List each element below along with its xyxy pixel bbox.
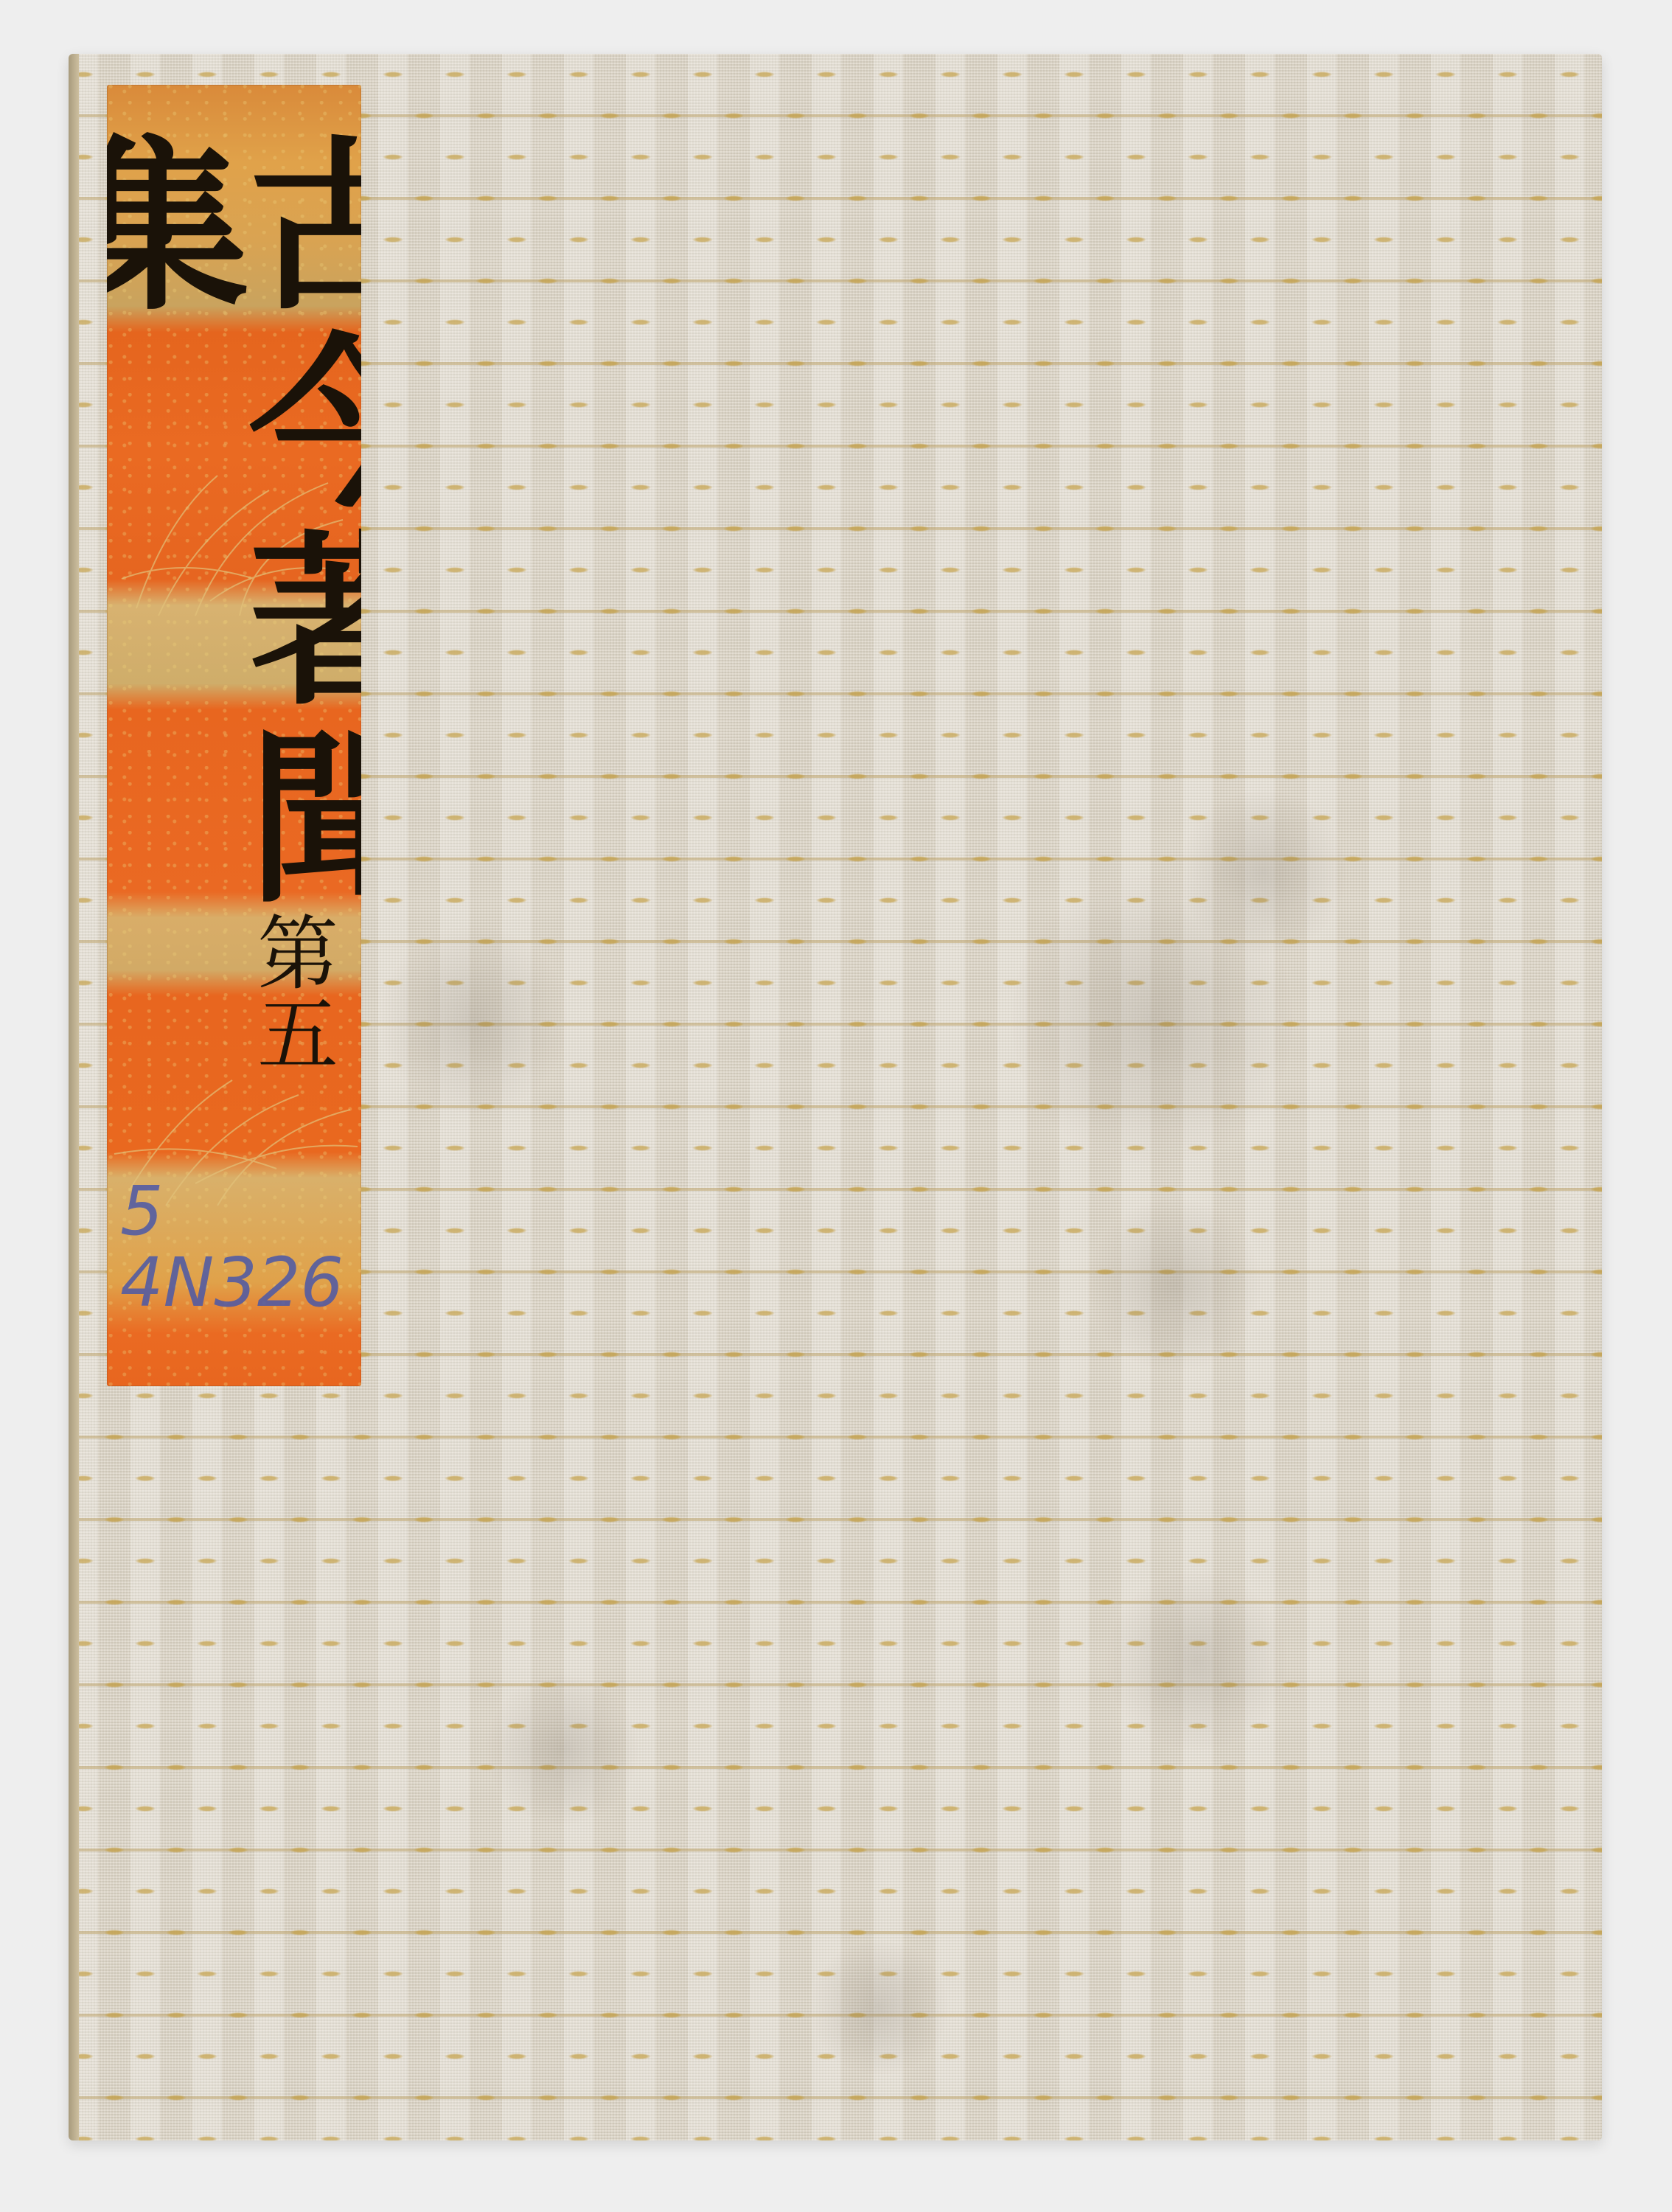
shelfmark: 5 4N326 xyxy=(120,1176,344,1318)
stain xyxy=(378,924,570,1116)
book-cover: 古今著聞集 第五 5 4N326 xyxy=(69,54,1602,2140)
stain xyxy=(1101,1573,1292,1750)
stain xyxy=(481,1676,644,1823)
title-label: 古今著聞集 第五 5 4N326 xyxy=(107,85,361,1386)
stain xyxy=(1174,791,1351,953)
book-spine-edge xyxy=(69,54,79,2140)
shelfmark-line-1: 5 xyxy=(120,1176,344,1248)
stain xyxy=(1086,1197,1263,1374)
book-title: 古今著聞集 xyxy=(107,129,361,940)
stain xyxy=(806,1941,953,2074)
volume-number: 第五 xyxy=(251,911,332,1073)
shelfmark-line-2: 4N326 xyxy=(120,1248,344,1319)
